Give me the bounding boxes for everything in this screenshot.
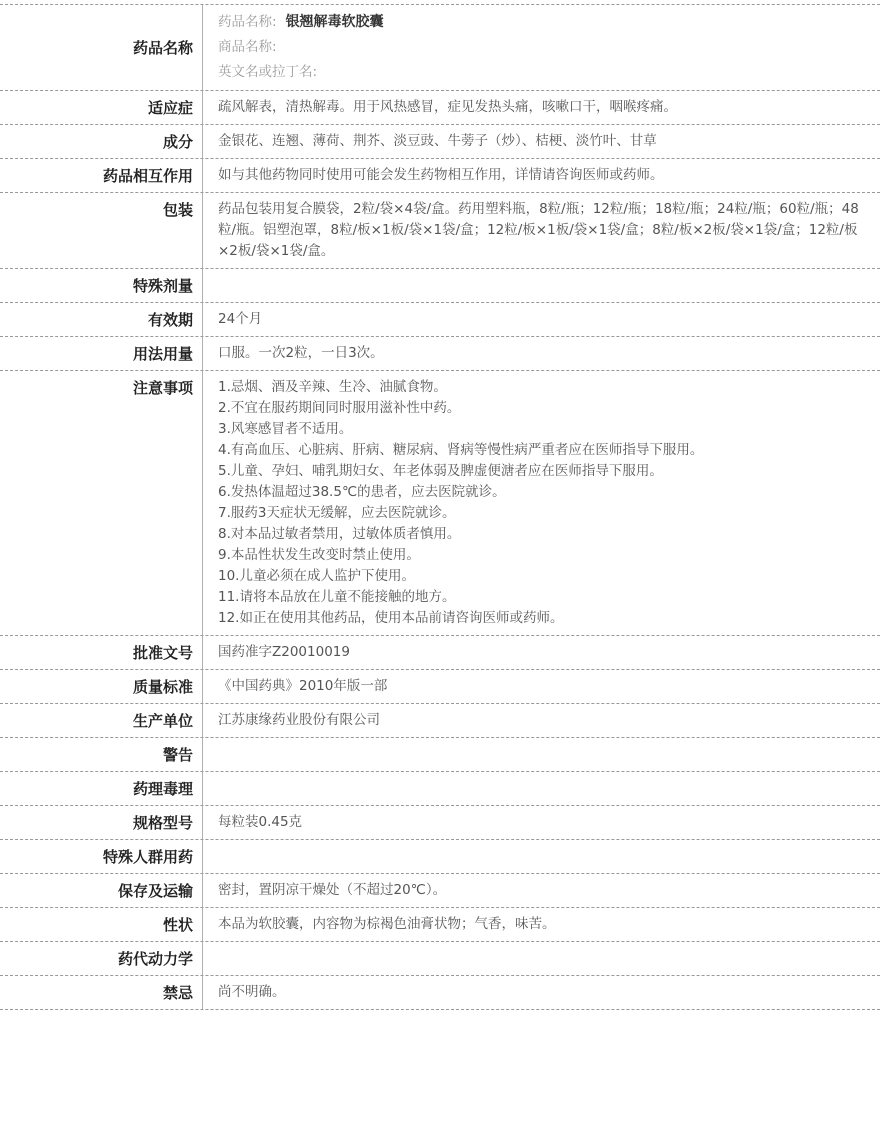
row-label: 规格型号 bbox=[0, 806, 203, 839]
row-label: 禁忌 bbox=[0, 976, 203, 1009]
row-label: 成分 bbox=[0, 125, 203, 158]
table-row-drug-name: 药品名称 药品名称:银翘解毒软胶囊 商品名称: 英文名或拉丁名: bbox=[0, 5, 880, 91]
row-content: 每粒装0.45克 bbox=[203, 806, 880, 839]
table-row-precautions: 注意事项 1.忌烟、酒及辛辣、生冷、油腻食物。 2.不宜在服药期间同时服用滋补性… bbox=[0, 371, 880, 636]
row-label: 警告 bbox=[0, 738, 203, 771]
table-row-packaging: 包装 药品包装用复合膜袋，2粒/袋×4袋/盒。药用塑料瓶，8粒/瓶；12粒/瓶；… bbox=[0, 193, 880, 269]
table-row-pharmacology: 药理毒理 bbox=[0, 772, 880, 806]
drug-info-page: 药品名称 药品名称:银翘解毒软胶囊 商品名称: 英文名或拉丁名: 适应症 疏风解… bbox=[0, 4, 880, 1124]
table-row-approval-number: 批准文号 国药准字Z20010019 bbox=[0, 636, 880, 670]
drug-name-line: 药品名称:银翘解毒软胶囊 bbox=[218, 10, 866, 35]
row-content bbox=[203, 738, 880, 771]
table-row-special-dosage: 特殊剂量 bbox=[0, 269, 880, 303]
table-row-interactions: 药品相互作用 如与其他药物同时使用可能会发生药物相互作用，详情请咨询医师或药师。 bbox=[0, 159, 880, 193]
row-content: 国药准字Z20010019 bbox=[203, 636, 880, 669]
table-row-storage: 保存及运输 密封，置阴凉干燥处（不超过20℃）。 bbox=[0, 874, 880, 908]
row-label: 包装 bbox=[0, 193, 203, 268]
table-row-contraindications: 禁忌 尚不明确。 bbox=[0, 976, 880, 1010]
table-row-quality-standard: 质量标准 《中国药典》2010年版一部 bbox=[0, 670, 880, 704]
row-content: 24个月 bbox=[203, 303, 880, 336]
drug-name-field-label: 药品名称: bbox=[218, 14, 277, 30]
row-content bbox=[203, 942, 880, 975]
table-row-pharmacokinetics: 药代动力学 bbox=[0, 942, 880, 976]
trade-name-field-label: 商品名称: bbox=[218, 39, 277, 55]
row-content: 尚不明确。 bbox=[203, 976, 880, 1009]
row-content: 疏风解表，清热解毒。用于风热感冒，症见发热头痛，咳嗽口干，咽喉疼痛。 bbox=[203, 91, 880, 124]
row-content: 本品为软胶囊，内容物为棕褐色油膏状物；气香，味苦。 bbox=[203, 908, 880, 941]
row-content: 口服。一次2粒，一日3次。 bbox=[203, 337, 880, 370]
table-row-indications: 适应症 疏风解表，清热解毒。用于风热感冒，症见发热头痛，咳嗽口干，咽喉疼痛。 bbox=[0, 91, 880, 125]
row-label: 药理毒理 bbox=[0, 772, 203, 805]
english-name-field-label: 英文名或拉丁名: bbox=[218, 64, 317, 80]
row-content: 密封，置阴凉干燥处（不超过20℃）。 bbox=[203, 874, 880, 907]
drug-name-value: 银翘解毒软胶囊 bbox=[286, 14, 384, 30]
row-content: 1.忌烟、酒及辛辣、生冷、油腻食物。 2.不宜在服药期间同时服用滋补性中药。 3… bbox=[203, 371, 880, 635]
row-label: 生产单位 bbox=[0, 704, 203, 737]
row-content: 药品包装用复合膜袋，2粒/袋×4袋/盒。药用塑料瓶，8粒/瓶；12粒/瓶；18粒… bbox=[203, 193, 880, 268]
row-label: 特殊人群用药 bbox=[0, 840, 203, 873]
table-row-ingredients: 成分 金银花、连翘、薄荷、荆芥、淡豆豉、牛蒡子（炒）、桔梗、淡竹叶、甘草 bbox=[0, 125, 880, 159]
drug-name-fields: 药品名称:银翘解毒软胶囊 商品名称: 英文名或拉丁名: bbox=[203, 5, 880, 90]
table-row-warning: 警告 bbox=[0, 738, 880, 772]
table-row-manufacturer: 生产单位 江苏康缘药业股份有限公司 bbox=[0, 704, 880, 738]
row-label: 注意事项 bbox=[0, 371, 203, 635]
table-row-special-population: 特殊人群用药 bbox=[0, 840, 880, 874]
table-row-dosage: 用法用量 口服。一次2粒，一日3次。 bbox=[0, 337, 880, 371]
table-row-shelf-life: 有效期 24个月 bbox=[0, 303, 880, 337]
row-label: 质量标准 bbox=[0, 670, 203, 703]
row-content: 如与其他药物同时使用可能会发生药物相互作用，详情请咨询医师或药师。 bbox=[203, 159, 880, 192]
table-row-description: 性状 本品为软胶囊，内容物为棕褐色油膏状物；气香，味苦。 bbox=[0, 908, 880, 942]
row-content bbox=[203, 772, 880, 805]
row-content bbox=[203, 840, 880, 873]
row-label: 批准文号 bbox=[0, 636, 203, 669]
trade-name-line: 商品名称: bbox=[218, 35, 866, 60]
row-label: 保存及运输 bbox=[0, 874, 203, 907]
drug-info-table: 药品名称 药品名称:银翘解毒软胶囊 商品名称: 英文名或拉丁名: 适应症 疏风解… bbox=[0, 4, 880, 1010]
row-label: 用法用量 bbox=[0, 337, 203, 370]
row-label: 特殊剂量 bbox=[0, 269, 203, 302]
row-content: 江苏康缘药业股份有限公司 bbox=[203, 704, 880, 737]
row-label: 适应症 bbox=[0, 91, 203, 124]
row-label: 药代动力学 bbox=[0, 942, 203, 975]
row-content: 《中国药典》2010年版一部 bbox=[203, 670, 880, 703]
table-row-specification: 规格型号 每粒装0.45克 bbox=[0, 806, 880, 840]
row-label: 性状 bbox=[0, 908, 203, 941]
row-label: 药品相互作用 bbox=[0, 159, 203, 192]
row-content bbox=[203, 269, 880, 302]
english-name-line: 英文名或拉丁名: bbox=[218, 60, 866, 85]
row-content: 金银花、连翘、薄荷、荆芥、淡豆豉、牛蒡子（炒）、桔梗、淡竹叶、甘草 bbox=[203, 125, 880, 158]
row-label: 有效期 bbox=[0, 303, 203, 336]
row-label-drug-name: 药品名称 bbox=[0, 5, 203, 90]
